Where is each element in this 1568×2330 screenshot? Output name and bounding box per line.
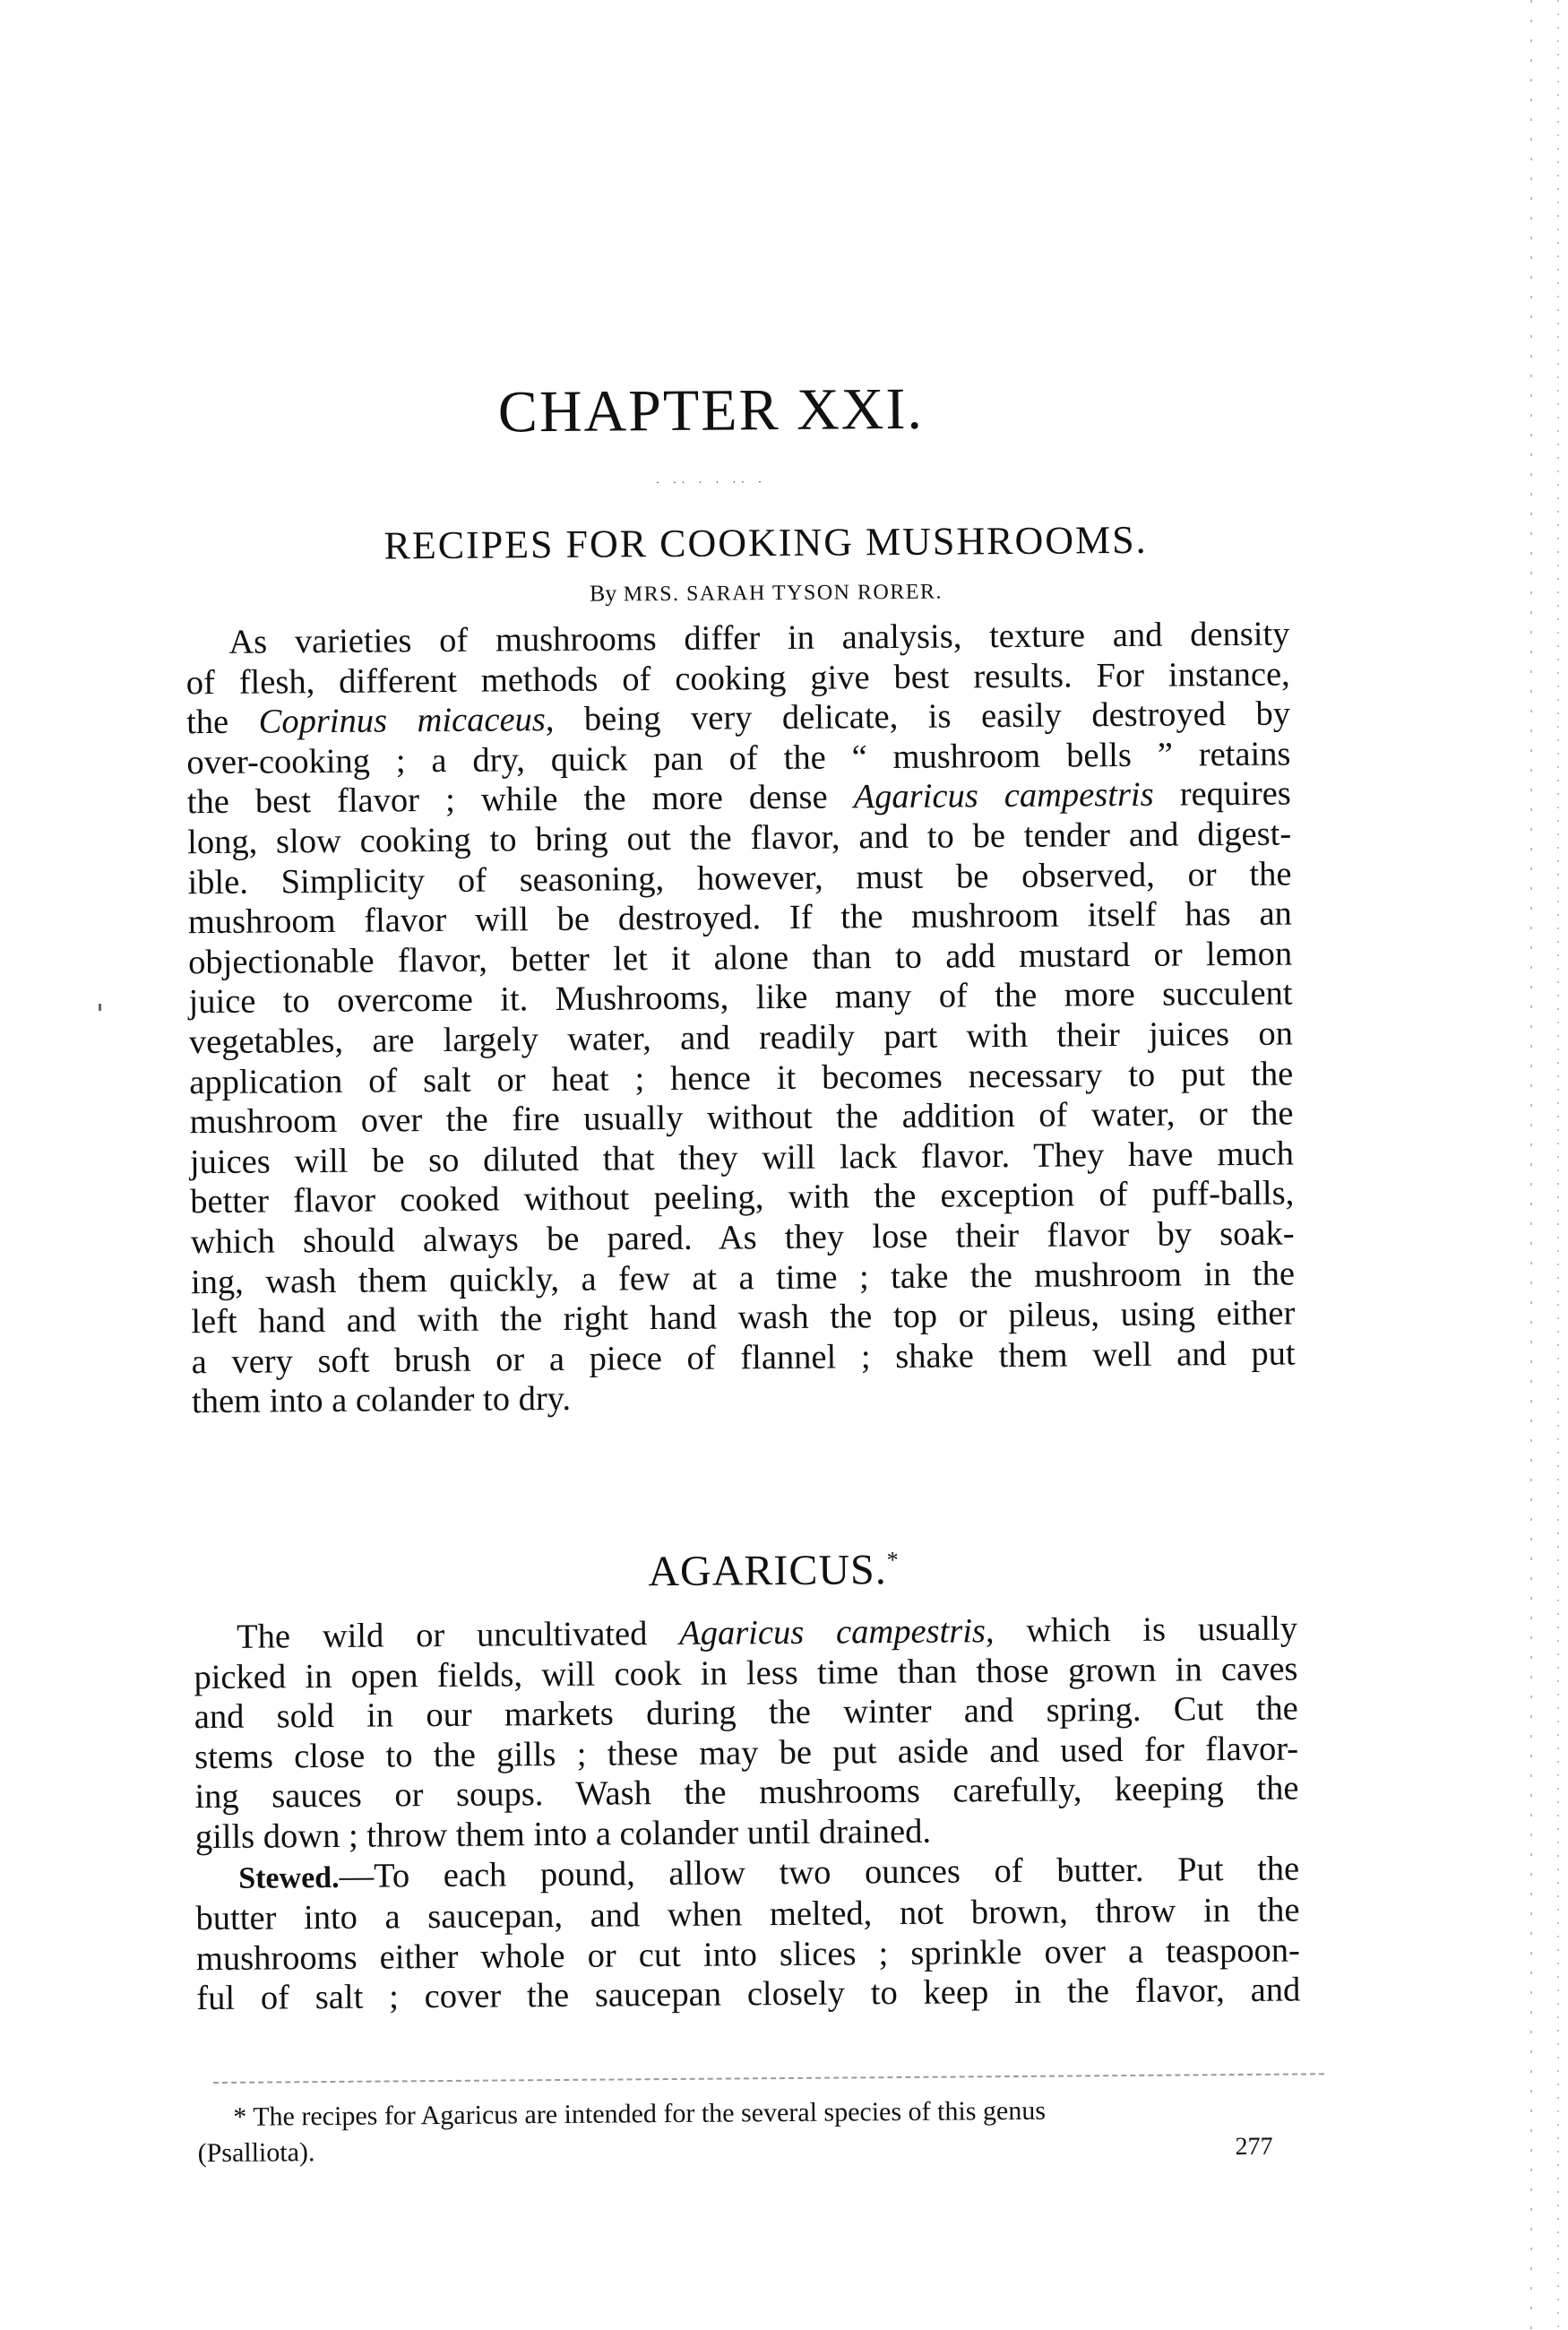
chapter-title: CHAPTER XXI.: [0, 369, 1428, 453]
scan-speck: [99, 1004, 101, 1011]
agaricus-heading: AGARICUS.*: [3, 1528, 1545, 1604]
title-ornament: . .. . . .. .: [0, 468, 1428, 492]
text-line: ful of salt ; cover the saucepan closely…: [196, 1971, 1300, 2019]
agaricus-heading-text: AGARICUS.: [648, 1546, 887, 1595]
text-line: them into a colander to dry.: [192, 1374, 1296, 1422]
scan-edge-artifact: [1530, 0, 1532, 2330]
species-name: Coprinus micaceus,: [259, 701, 555, 741]
intro-paragraph: As varieties of mushrooms differ in anal…: [185, 615, 1296, 1423]
agaricus-paragraph: The wild or uncultivated Agaricus campes…: [194, 1609, 1300, 2020]
scan-speck: [1066, 1868, 1068, 1873]
footnote-marker: *: [887, 1547, 900, 1573]
byline-prefix: By: [590, 580, 617, 606]
footnote: * The recipes for Agaricus are intended …: [197, 2091, 1302, 2171]
species-name: Agaricus campestris: [854, 776, 1154, 816]
footnote-divider: [213, 2073, 1324, 2084]
byline-author: MRS. SARAH TYSON RORER.: [624, 581, 943, 607]
byline: By MRS. SARAH TYSON RORER.: [0, 573, 1537, 613]
book-page: CHAPTER XXI. . .. . . .. . RECIPES FOR C…: [0, 0, 1568, 2330]
scan-edge-artifact: [1557, 0, 1559, 2330]
section-title: RECIPES FOR COOKING MUSHROOMS.: [0, 512, 1537, 574]
run-in-heading: Stewed.: [238, 1860, 340, 1894]
species-name: Agaricus campestris,: [679, 1612, 995, 1653]
page-number: 277: [1235, 2131, 1272, 2163]
